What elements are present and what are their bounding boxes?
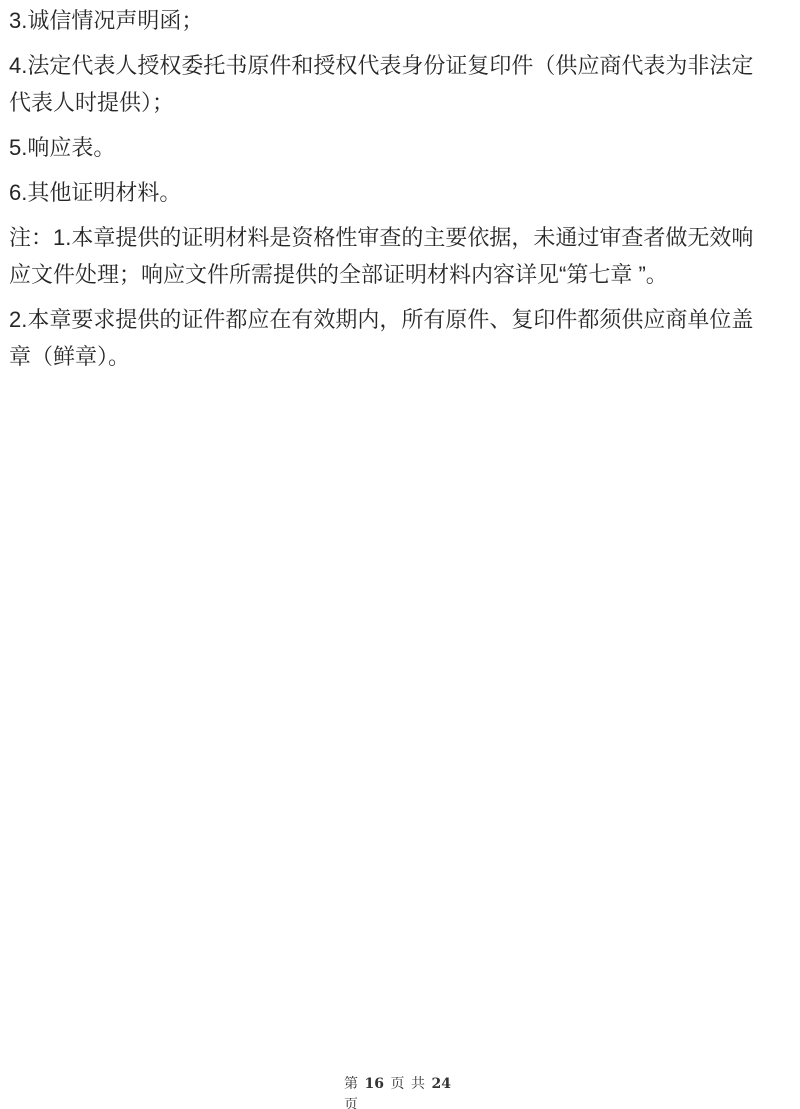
footer-label-prefix: 第 <box>344 1077 358 1092</box>
page-footer: 第 16 页 共 24 页 <box>344 1074 464 1109</box>
note-paragraph-1: 注：1.本章提供的证明材料是资格性审查的主要依据，未通过审查者做无效响应文件处理… <box>9 219 775 293</box>
list-item-5: 5.响应表。 <box>9 129 775 166</box>
footer-label-middle: 页 共 <box>390 1077 425 1092</box>
list-item-3: 3.诚信情况声明函； <box>9 2 775 39</box>
footer-total-pages: 24 <box>431 1076 450 1092</box>
document-body: 3.诚信情况声明函； 4.法定代表人授权委托书原件和授权代表身份证复印件（供应商… <box>9 2 775 383</box>
list-item-6: 6.其他证明材料。 <box>9 174 775 211</box>
note-paragraph-2: 2.本章要求提供的证件都应在有效期内，所有原件、复印件都须供应商单位盖章（鲜章）… <box>9 301 775 375</box>
footer-label-suffix: 页 <box>344 1095 464 1109</box>
list-item-4: 4.法定代表人授权委托书原件和授权代表身份证复印件（供应商代表为非法定代表人时提… <box>9 47 775 121</box>
document-page: 3.诚信情况声明函； 4.法定代表人授权委托书原件和授权代表身份证复印件（供应商… <box>0 0 800 1109</box>
footer-page-number: 16 <box>365 1076 384 1092</box>
